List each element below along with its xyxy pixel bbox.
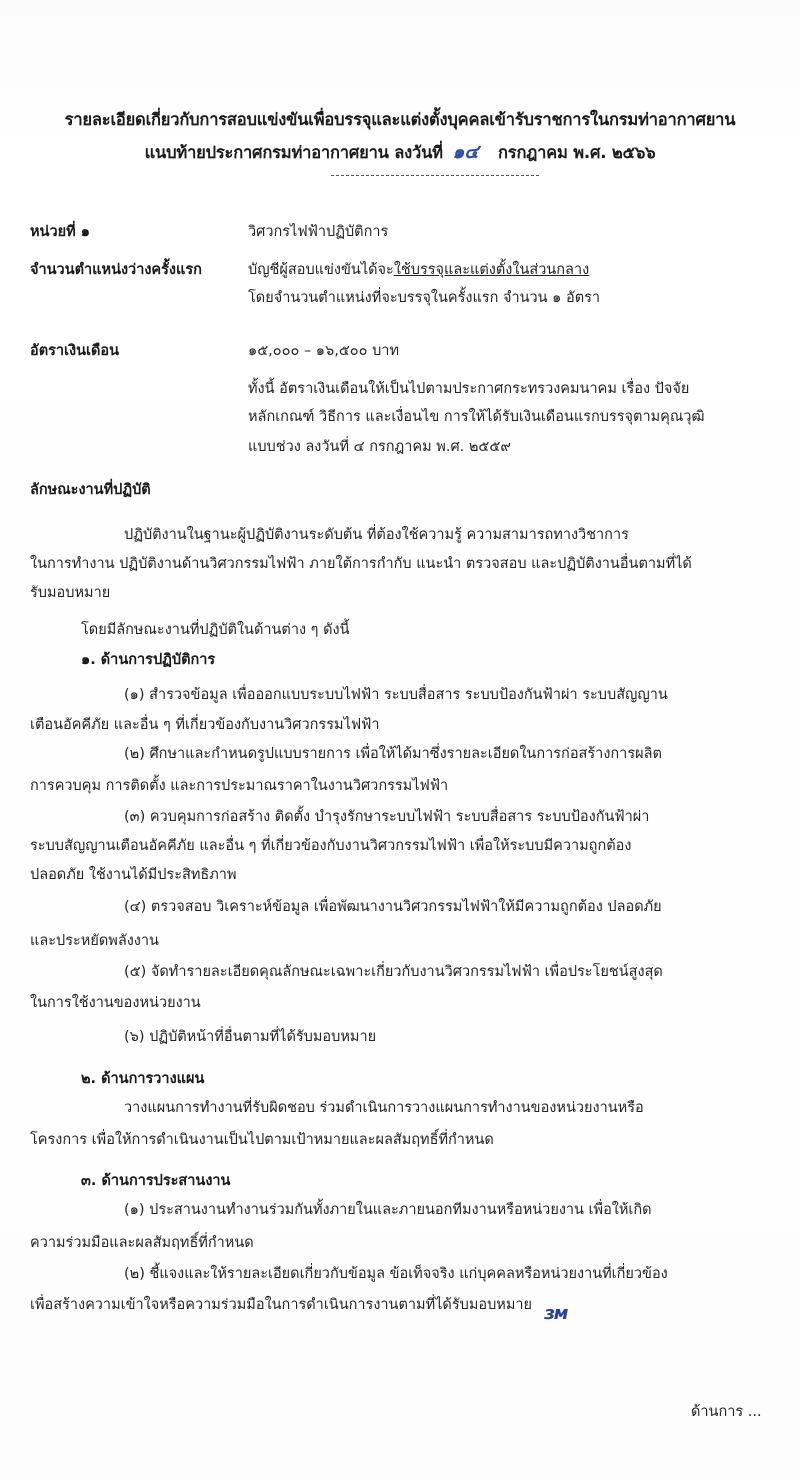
section-2-title: ๒. ด้านการวางแผน xyxy=(81,1067,204,1090)
vacancies-prefix: บัญชีผู้สอบแข่งขันได้จะ xyxy=(248,262,394,278)
duties-intro-line-3: รับมอบหมาย xyxy=(30,581,110,604)
duties-intro-line-2: ในการทำงาน ปฏิบัติงานด้านวิศวกรรมไฟฟ้า ภ… xyxy=(30,552,692,575)
vacancies-value-line-1: บัญชีผู้สอบแข่งขันได้จะใช้บรรจุและแต่งตั… xyxy=(248,258,589,281)
s3-item-1-line-1: (๑) ประสานงานทำงานร่วมกันทั้งภายในและภาย… xyxy=(124,1198,652,1221)
salary-label: อัตราเงินเดือน xyxy=(30,339,119,362)
s1-item-3-line-1: (๓) ควบคุมการก่อสร้าง ติดตั้ง บำรุงรักษา… xyxy=(124,805,649,828)
s1-item-4-line-1: (๔) ตรวจสอบ วิเคราะห์ข้อมูล เพื่อพัฒนางา… xyxy=(124,895,662,918)
continued-on-next-page: ด้านการ ... xyxy=(691,1400,762,1423)
s1-item-1-line-2: เตือนอัคคีภัย และอื่น ๆ ที่เกี่ยวข้องกับ… xyxy=(30,713,380,736)
s3-item-2-line-1: (๒) ชี้แจงและให้รายละเอียดเกี่ยวกับข้อมู… xyxy=(124,1262,668,1285)
signature-initials: ɜᴍ xyxy=(545,1303,568,1324)
title-suffix: กรกฎาคม พ.ศ. ๒๕๖๖ xyxy=(498,143,655,162)
header-separator xyxy=(331,175,539,176)
vacancies-value-line-2: โดยจำนวนตำแหน่งที่จะบรรจุในครั้งแรก จำนว… xyxy=(248,286,600,309)
document-title-line-2: แนบท้ายประกาศกรมท่าอากาศยาน ลงวันที่ ๑๔ … xyxy=(0,137,800,167)
s3-item-1-line-2: ความร่วมมือและผลสัมฤทธิ์ที่กำหนด xyxy=(30,1231,254,1254)
s1-item-5-line-1: (๕) จัดทำรายละเอียดคุณลักษณะเฉพาะเกี่ยวก… xyxy=(124,960,663,983)
section-1-title: ๑. ด้านการปฏิบัติการ xyxy=(81,648,215,671)
salary-note-line-3: แบบช่วง ลงวันที่ ๔ กรกฎาคม พ.ศ. ๒๕๕๙ xyxy=(248,435,511,458)
document-page: รายละเอียดเกี่ยวกับการสอบแข่งขันเพื่อบรร… xyxy=(0,0,800,1480)
vacancies-underlined: ใช้บรรจุและแต่งตั้งในส่วนกลาง xyxy=(394,262,589,278)
s1-item-4-line-2: และประหยัดพลังงาน xyxy=(30,929,159,952)
s2-item-1-line-2: โครงการ เพื่อให้การดำเนินงานเป็นไปตามเป้… xyxy=(30,1128,494,1151)
salary-note-line-2: หลักเกณฑ์ วิธีการ และเงื่อนไข การให้ได้ร… xyxy=(248,405,705,428)
section-3-title: ๓. ด้านการประสานงาน xyxy=(81,1169,230,1192)
s1-item-6-line-1: (๖) ปฏิบัติหน้าที่อื่นตามที่ได้รับมอบหมา… xyxy=(124,1025,376,1048)
s3-item-2-line-2: เพื่อสร้างความเข้าใจหรือความร่วมมือในการ… xyxy=(30,1293,532,1316)
s1-item-3-line-2: ระบบสัญญานเตือนอัคคีภัย และอื่น ๆ ที่เกี… xyxy=(30,834,631,857)
duties-heading: ลักษณะงานที่ปฏิบัติ xyxy=(30,478,151,501)
document-title-line-1: รายละเอียดเกี่ยวกับการสอบแข่งขันเพื่อบรร… xyxy=(0,107,800,133)
title-prefix: แนบท้ายประกาศกรมท่าอากาศยาน ลงวันที่ xyxy=(145,143,443,162)
handwritten-day: ๑๔ xyxy=(452,141,478,163)
unit-value: วิศวกรไฟฟ้าปฏิบัติการ xyxy=(248,220,388,243)
duties-lead: โดยมีลักษณะงานที่ปฏิบัติในด้านต่าง ๆ ดัง… xyxy=(81,618,350,641)
s1-item-5-line-2: ในการใช้งานของหน่วยงาน xyxy=(30,991,201,1014)
s2-item-1-line-1: วางแผนการทำงานที่รับผิดชอบ ร่วมดำเนินการ… xyxy=(124,1096,644,1119)
s1-item-2-line-2: การควบคุม การติดตั้ง และการประมาณราคาในง… xyxy=(30,774,448,797)
unit-label: หน่วยที่ ๑ xyxy=(30,220,90,243)
s1-item-1-line-1: (๑) สำรวจข้อมูล เพื่อออกแบบระบบไฟฟ้า ระบ… xyxy=(124,683,668,706)
salary-note-line-1: ทั้งนี้ อัตราเงินเดือนให้เป็นไปตามประกาศ… xyxy=(248,377,689,400)
salary-value: ๑๕,๐๐๐ – ๑๖,๕๐๐ บาท xyxy=(248,339,399,362)
duties-intro-line-1: ปฏิบัติงานในฐานะผู้ปฏิบัติงานระดับต้น ที… xyxy=(124,523,629,546)
s1-item-2-line-1: (๒) ศึกษาและกำหนดรูปแบบรายการ เพื่อให้ได… xyxy=(124,742,662,765)
vacancies-label: จำนวนตำแหน่งว่างครั้งแรก xyxy=(30,258,202,281)
s1-item-3-line-3: ปลอดภัย ใช้งานได้มีประสิทธิภาพ xyxy=(30,863,237,886)
